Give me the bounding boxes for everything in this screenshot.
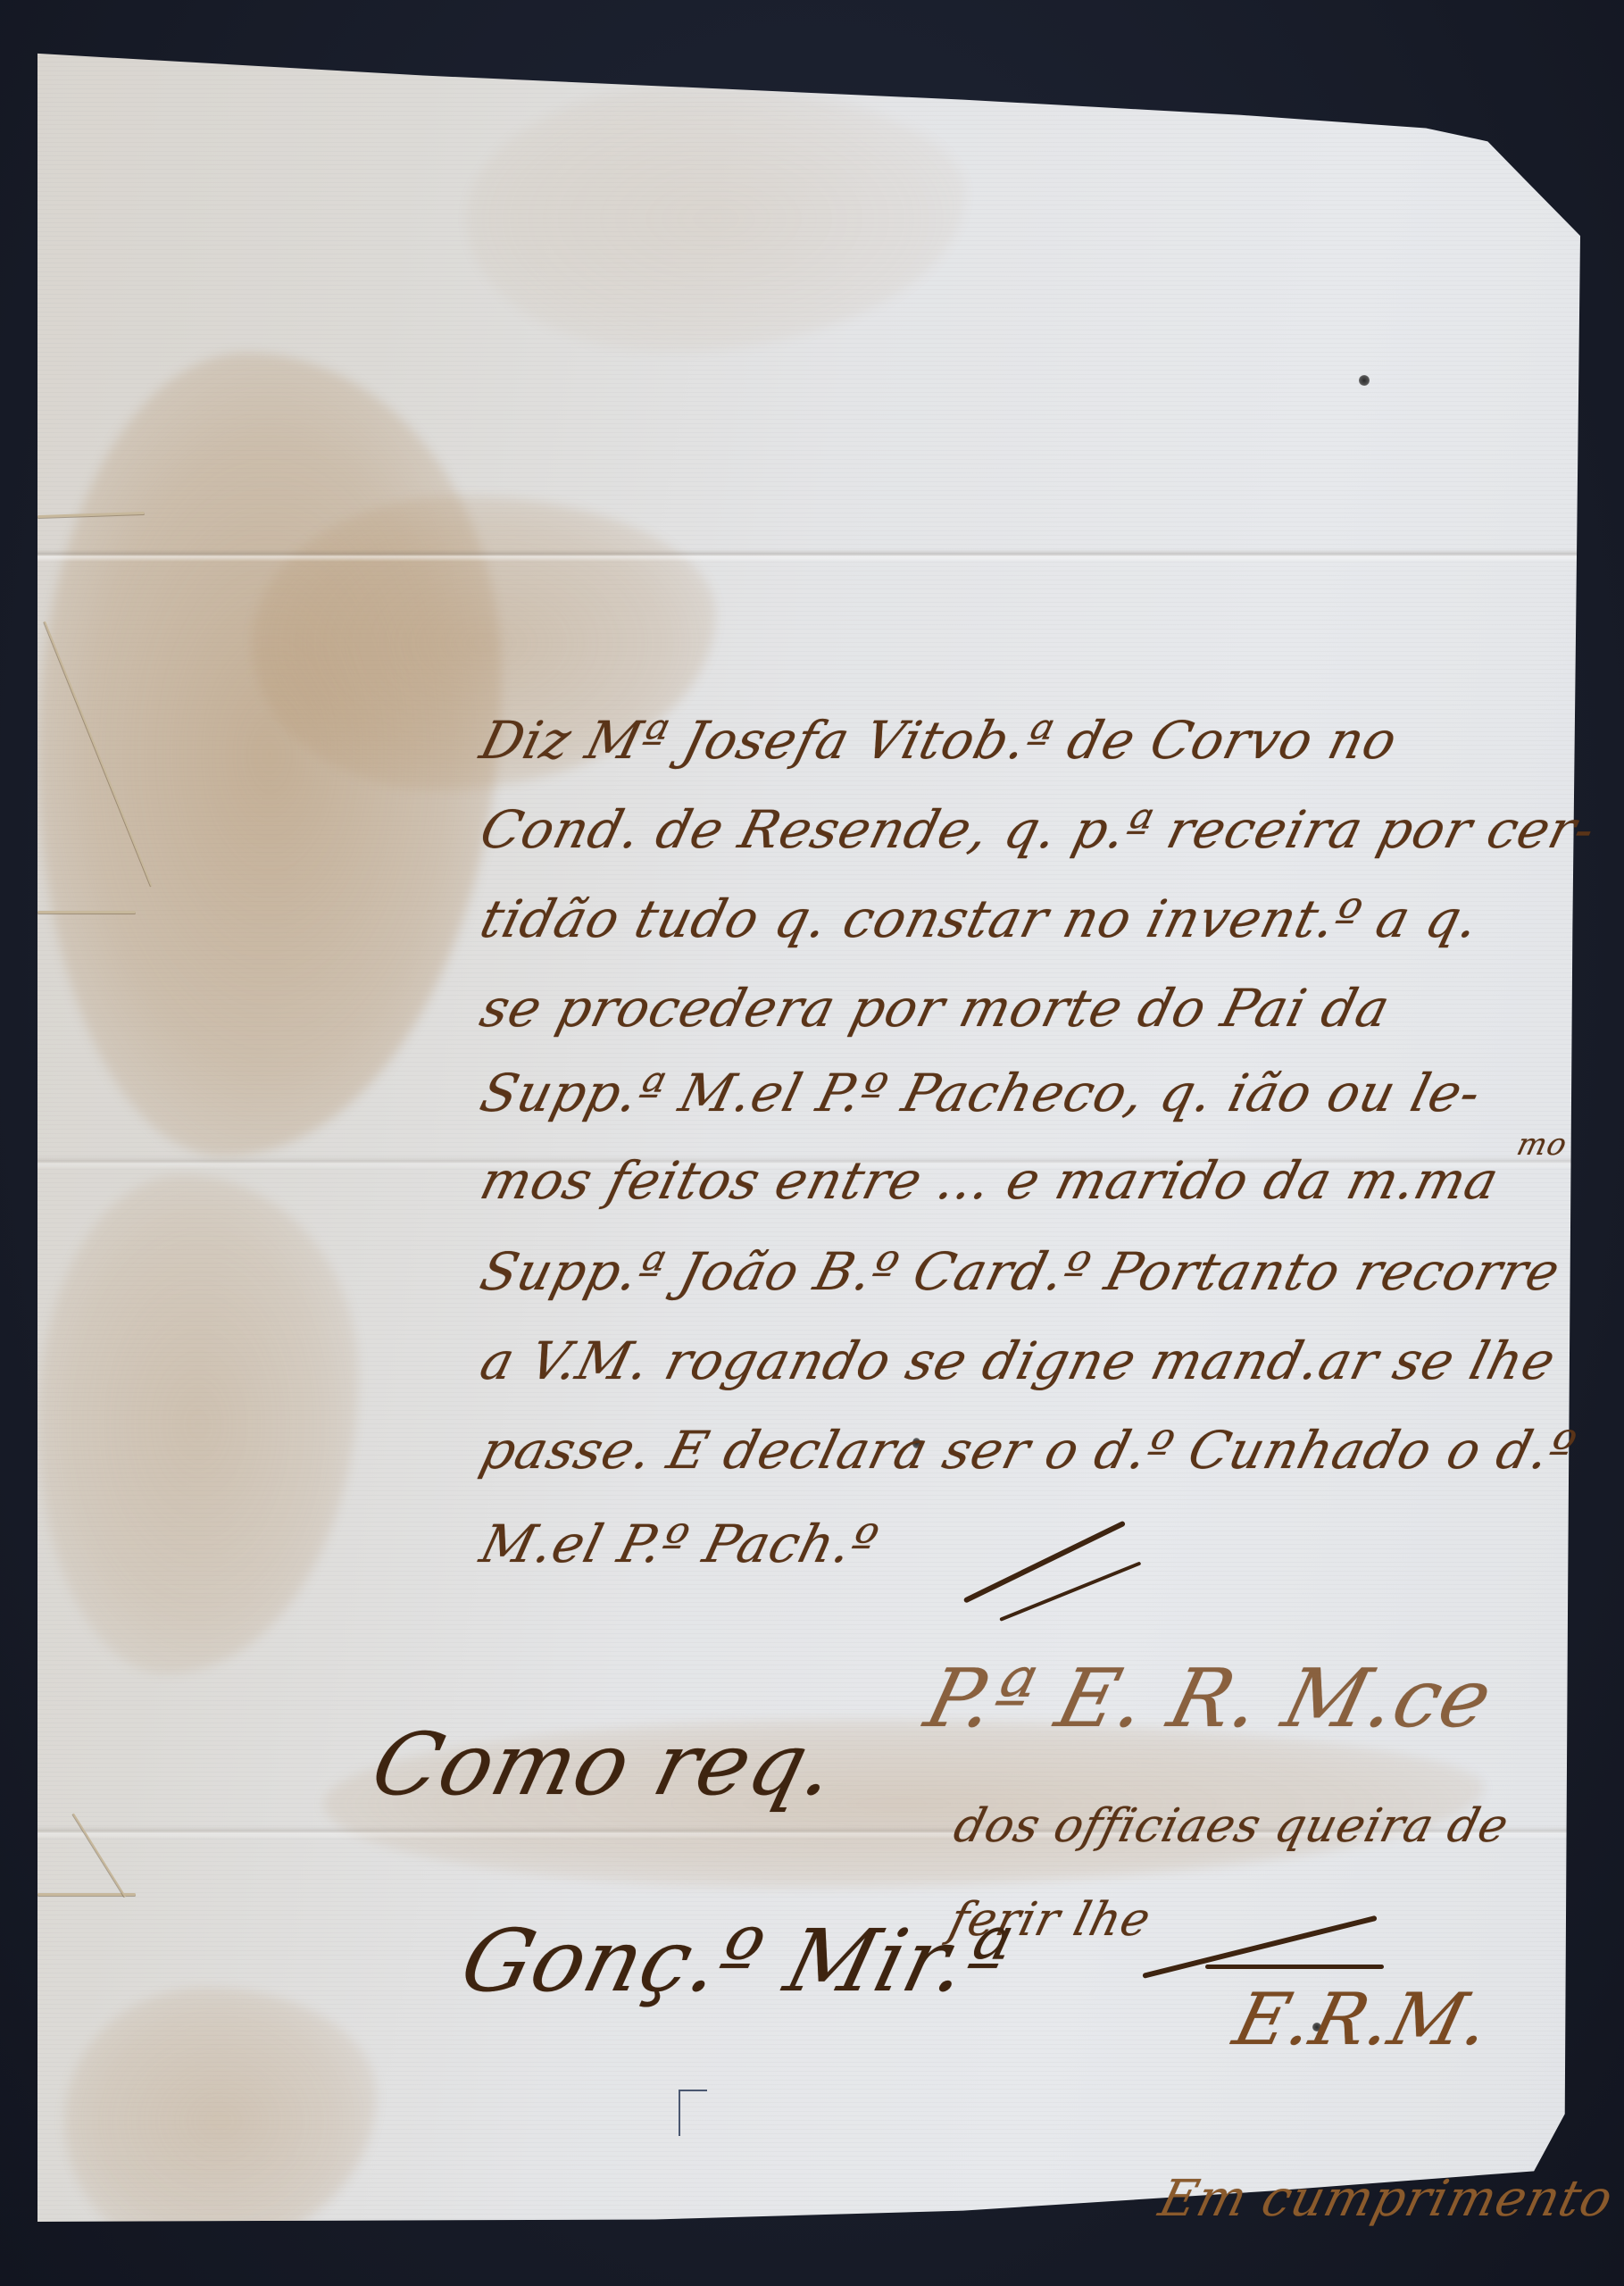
water-stain [64, 1987, 377, 2255]
water-stain [37, 1174, 359, 1674]
manuscript-line: tidão tudo q. constar no invent.º a q. [475, 889, 1487, 949]
binding-thread [37, 512, 145, 518]
binding-thread [72, 1813, 126, 1897]
superscript-note: mo [1513, 1127, 1571, 1163]
manuscript-line: M.el P.º Pach.º [475, 1514, 885, 1574]
water-stain [466, 85, 966, 353]
compliance-note: Em cumprimento [1153, 2170, 1620, 2228]
manuscript-line: a V.M. rogando se digne mand.ar se lhe [475, 1331, 1562, 1391]
order-note-heading: P.ª E. R. M.ce [917, 1652, 1502, 1746]
water-stain [37, 353, 502, 1156]
manuscript-line: Supp.ª M.el P.º Pacheco, q. ião ou le- [475, 1063, 1487, 1123]
binding-thread [37, 911, 136, 914]
binding-thread [37, 1893, 136, 1896]
pencil-mark [679, 2090, 707, 2136]
manuscript-line: se procedera por morte do Pai da [475, 978, 1396, 1039]
pin-hole [1359, 375, 1370, 386]
signature: Gonç.º Mir.ª [452, 1911, 1020, 2011]
binding-thread [44, 622, 153, 887]
manuscript-line: mos feitos entre ... e marido da m.ma [475, 1150, 1505, 1211]
manuscript-line: Cond. de Resende, q. p.ª receira por cer… [475, 799, 1602, 860]
initials: E.R.M. [1226, 1978, 1499, 2061]
manuscript-line: passe. E declara ser o d.º Cunhado o d.º [475, 1420, 1583, 1481]
order-note-line: dos officiaes queira de [949, 1799, 1515, 1853]
manuscript-line: Supp.ª João B.º Card.º Portanto recorre [475, 1241, 1567, 1302]
dispatch-label: Como req. [362, 1714, 846, 1815]
manuscript-line: Diz Mª Josefa Vitob.ª de Corvo no [475, 710, 1404, 771]
fold-crease [37, 549, 1580, 562]
order-flourish [1205, 1965, 1384, 1969]
